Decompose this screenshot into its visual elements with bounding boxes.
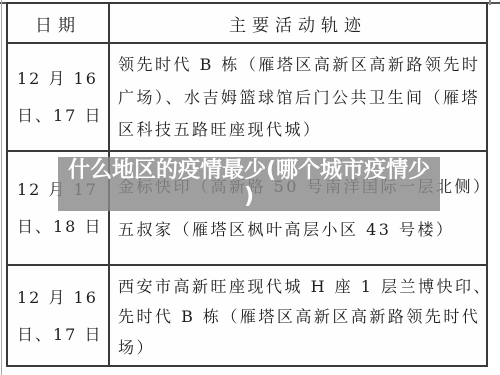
table-row-1-date: 12 月 16 日、17 日 bbox=[8, 44, 110, 152]
track-line: 场） bbox=[118, 331, 480, 361]
date-line: 12 月 16 bbox=[17, 279, 108, 316]
track-line: 先时代 B 栋（雁塔区高新区高新路领先时代广 bbox=[118, 300, 480, 330]
table-row-3-date: 12 月 16 日、17 日 bbox=[8, 266, 110, 365]
header-track: 主要活动轨迹 bbox=[110, 4, 486, 44]
overlay-title-line: ) bbox=[244, 184, 254, 210]
date-line: 12 月 16 bbox=[17, 60, 108, 97]
overlay-title-line: 什么地区的疫情最少(哪个城市疫情少 bbox=[68, 158, 430, 184]
date-line: 日、17 日 bbox=[17, 97, 108, 134]
track-line: 五叔家（雁塔区枫叶高层小区 43 号楼） bbox=[118, 208, 480, 251]
table-row-1-track: 领先时代 B 栋（雁塔区高新区高新路领先时代 广场）、水吉姆篮球馆后门公共卫生间… bbox=[110, 44, 486, 152]
header-track-label: 主要活动轨迹 bbox=[229, 11, 367, 36]
screenshot-root: 日期 主要活动轨迹 12 月 16 日、17 日 领先时代 B 栋（雁塔区高新区… bbox=[0, 0, 500, 375]
header-date-label: 日期 bbox=[35, 11, 81, 36]
date-line: 日、18 日 bbox=[17, 208, 108, 245]
table-row-3-track: 西安市高新旺座现代城 H 座 1 层兰博快印、领 先时代 B 栋（雁塔区高新区高… bbox=[110, 266, 486, 365]
track-line: 领先时代 B 栋（雁塔区高新区高新路领先时代 bbox=[118, 48, 480, 81]
title-overlay: 什么地区的疫情最少(哪个城市疫情少 ) bbox=[58, 157, 440, 211]
crop-border-left bbox=[1, 0, 2, 375]
track-line: 广场）、水吉姆篮球馆后门公共卫生间（雁塔 bbox=[118, 81, 480, 114]
header-date: 日期 bbox=[8, 4, 110, 44]
date-line: 日、17 日 bbox=[17, 316, 108, 353]
crop-border-right-tick bbox=[489, 0, 491, 5]
track-line: 区科技五路旺座现代城） bbox=[118, 113, 480, 146]
track-line: 西安市高新旺座现代城 H 座 1 层兰博快印、领 bbox=[118, 270, 480, 300]
